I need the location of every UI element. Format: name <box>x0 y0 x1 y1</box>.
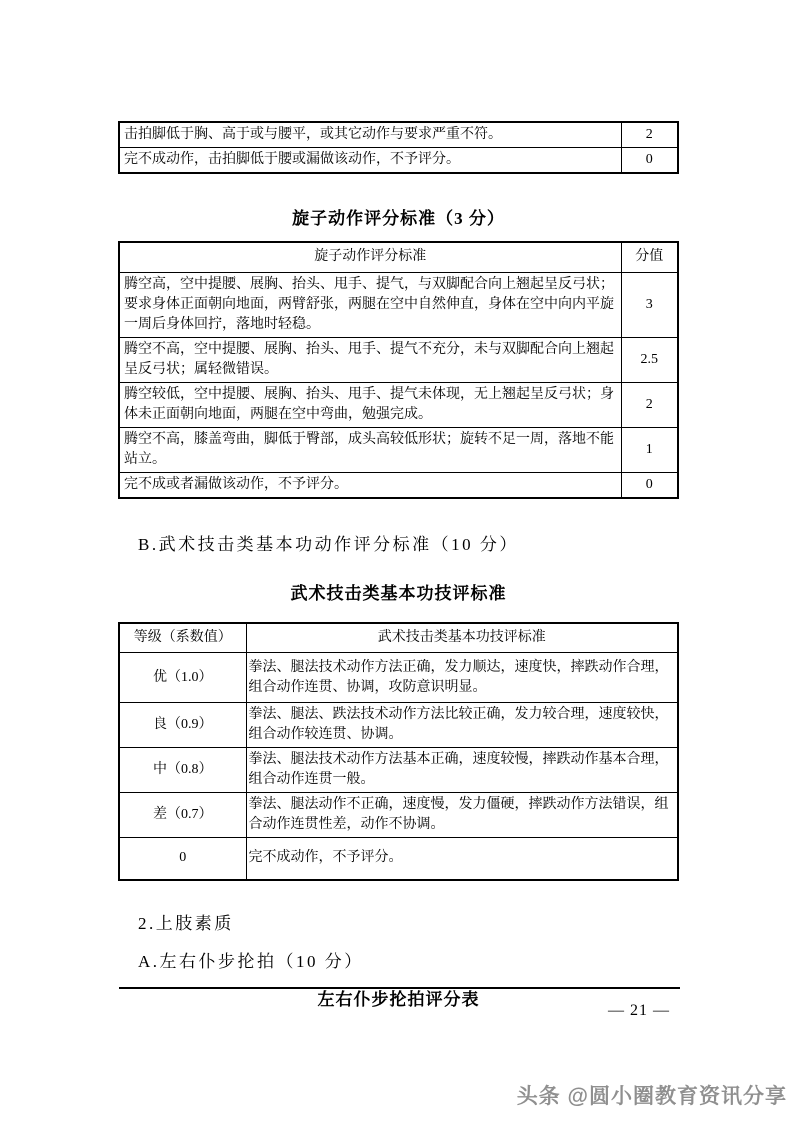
criteria-cell: 拳法、腿法技术动作方法基本正确，速度较慢，摔跌动作基本合理，组合动作连贯一般。 <box>246 748 678 793</box>
table-row: 中（0.8） 拳法、腿法技术动作方法基本正确，速度较慢，摔跌动作基本合理，组合动… <box>119 748 678 793</box>
table-row: 腾空高，空中提腰、展胸、抬头、甩手、提气，与双脚配合向上翘起呈反弓状；要求身体正… <box>119 272 678 337</box>
lunpai-table-title: 左右仆步抡拍评分表 <box>118 988 679 1011</box>
jiben-grade-table: 等级（系数值） 武术技击类基本功技评标准 优（1.0） 拳法、腿法技术动作方法正… <box>118 622 679 881</box>
grade-cell: 中（0.8） <box>119 748 246 793</box>
criteria-cell: 完不成动作，不予评分。 <box>246 838 678 880</box>
section-2a-heading: A.左右仆步抡拍（10 分） <box>118 950 679 974</box>
section-2-heading: 2.上肢素质 <box>118 912 679 936</box>
table-row: 差（0.7） 拳法、腿法动作不正确，速度慢，发力僵硬，摔跌动作方法错误，组合动作… <box>119 793 678 838</box>
footer-rule <box>119 987 680 989</box>
grade-cell: 优（1.0） <box>119 653 246 703</box>
section-b-heading: B.武术技击类基本功动作评分标准（10 分） <box>118 533 679 557</box>
table-row: 击拍脚低于胸、高于或与腰平，或其它动作与要求严重不符。 2 <box>119 122 678 148</box>
criteria-cell: 完不成或者漏做该动作，不予评分。 <box>119 472 621 498</box>
table-row: 完不成或者漏做该动作，不予评分。 0 <box>119 472 678 498</box>
score-cell: 0 <box>621 148 678 174</box>
criteria-cell: 拳法、腿法技术动作方法正确，发力顺达，速度快，摔跌动作合理，组合动作连贯、协调，… <box>246 653 678 703</box>
jipai-score-table: 击拍脚低于胸、高于或与腰平，或其它动作与要求严重不符。 2 完不成动作，击拍脚低… <box>118 121 679 174</box>
score-cell: 3 <box>621 272 678 337</box>
watermark-text: 头条 @圆小圈教育资讯分享 <box>517 1080 787 1110</box>
score-cell: 2 <box>621 382 678 427</box>
score-cell: 0 <box>621 472 678 498</box>
grade-cell: 0 <box>119 838 246 880</box>
score-cell: 2 <box>621 122 678 148</box>
table-row: 腾空不高，膝盖弯曲，脚低于臀部，成头高较低形状；旋转不足一周，落地不能站立。 1 <box>119 427 678 472</box>
table-row: 腾空不高，空中提腰、展胸、抬头、甩手、提气不充分，未与双脚配合向上翘起呈反弓状；… <box>119 337 678 382</box>
criteria-header-cell: 武术技击类基本功技评标准 <box>246 623 678 653</box>
table-row: 良（0.9） 拳法、腿法、跌法技术动作方法比较正确，发力较合理，速度较快，组合动… <box>119 703 678 748</box>
grade-header-cell: 等级（系数值） <box>119 623 246 653</box>
criteria-cell: 完不成动作，击拍脚低于腰或漏做该动作，不予评分。 <box>119 148 621 174</box>
criteria-cell: 拳法、腿法动作不正确，速度慢，发力僵硬，摔跌动作方法错误，组合动作连贯性差，动作… <box>246 793 678 838</box>
page-content: 击拍脚低于胸、高于或与腰平，或其它动作与要求严重不符。 2 完不成动作，击拍脚低… <box>118 121 679 1011</box>
score-cell: 1 <box>621 427 678 472</box>
xuanzi-score-table: 旋子动作评分标准 分值 腾空高，空中提腰、展胸、抬头、甩手、提气，与双脚配合向上… <box>118 241 679 499</box>
xuanzi-table-heading: 旋子动作评分标准（3 分） <box>118 207 679 230</box>
table-header-row: 旋子动作评分标准 分值 <box>119 242 678 272</box>
table-row: 腾空较低，空中提腰、展胸、抬头、甩手、提气未体现，无上翘起呈反弓状；身体未正面朝… <box>119 382 678 427</box>
grade-cell: 差（0.7） <box>119 793 246 838</box>
criteria-cell: 拳法、腿法、跌法技术动作方法比较正确，发力较合理，速度较快，组合动作较连贯、协调… <box>246 703 678 748</box>
grade-cell: 良（0.9） <box>119 703 246 748</box>
table-row: 0 完不成动作，不予评分。 <box>119 838 678 880</box>
criteria-cell: 腾空不高，空中提腰、展胸、抬头、甩手、提气不充分，未与双脚配合向上翘起呈反弓状；… <box>119 337 621 382</box>
score-cell: 2.5 <box>621 337 678 382</box>
jiben-table-title: 武术技击类基本功技评标准 <box>118 582 679 605</box>
table-row: 完不成动作，击拍脚低于腰或漏做该动作，不予评分。 0 <box>119 148 678 174</box>
criteria-cell: 腾空不高，膝盖弯曲，脚低于臀部，成头高较低形状；旋转不足一周，落地不能站立。 <box>119 427 621 472</box>
table-row: 优（1.0） 拳法、腿法技术动作方法正确，发力顺达，速度快，摔跌动作合理，组合动… <box>119 653 678 703</box>
criteria-cell: 击拍脚低于胸、高于或与腰平，或其它动作与要求严重不符。 <box>119 122 621 148</box>
table-header-row: 等级（系数值） 武术技击类基本功技评标准 <box>119 623 678 653</box>
criteria-cell: 腾空较低，空中提腰、展胸、抬头、甩手、提气未体现，无上翘起呈反弓状；身体未正面朝… <box>119 382 621 427</box>
page-number: — 21 — <box>608 1002 670 1020</box>
criteria-header-cell: 旋子动作评分标准 <box>119 242 621 272</box>
criteria-cell: 腾空高，空中提腰、展胸、抬头、甩手、提气，与双脚配合向上翘起呈反弓状；要求身体正… <box>119 272 621 337</box>
score-header-cell: 分值 <box>621 242 678 272</box>
